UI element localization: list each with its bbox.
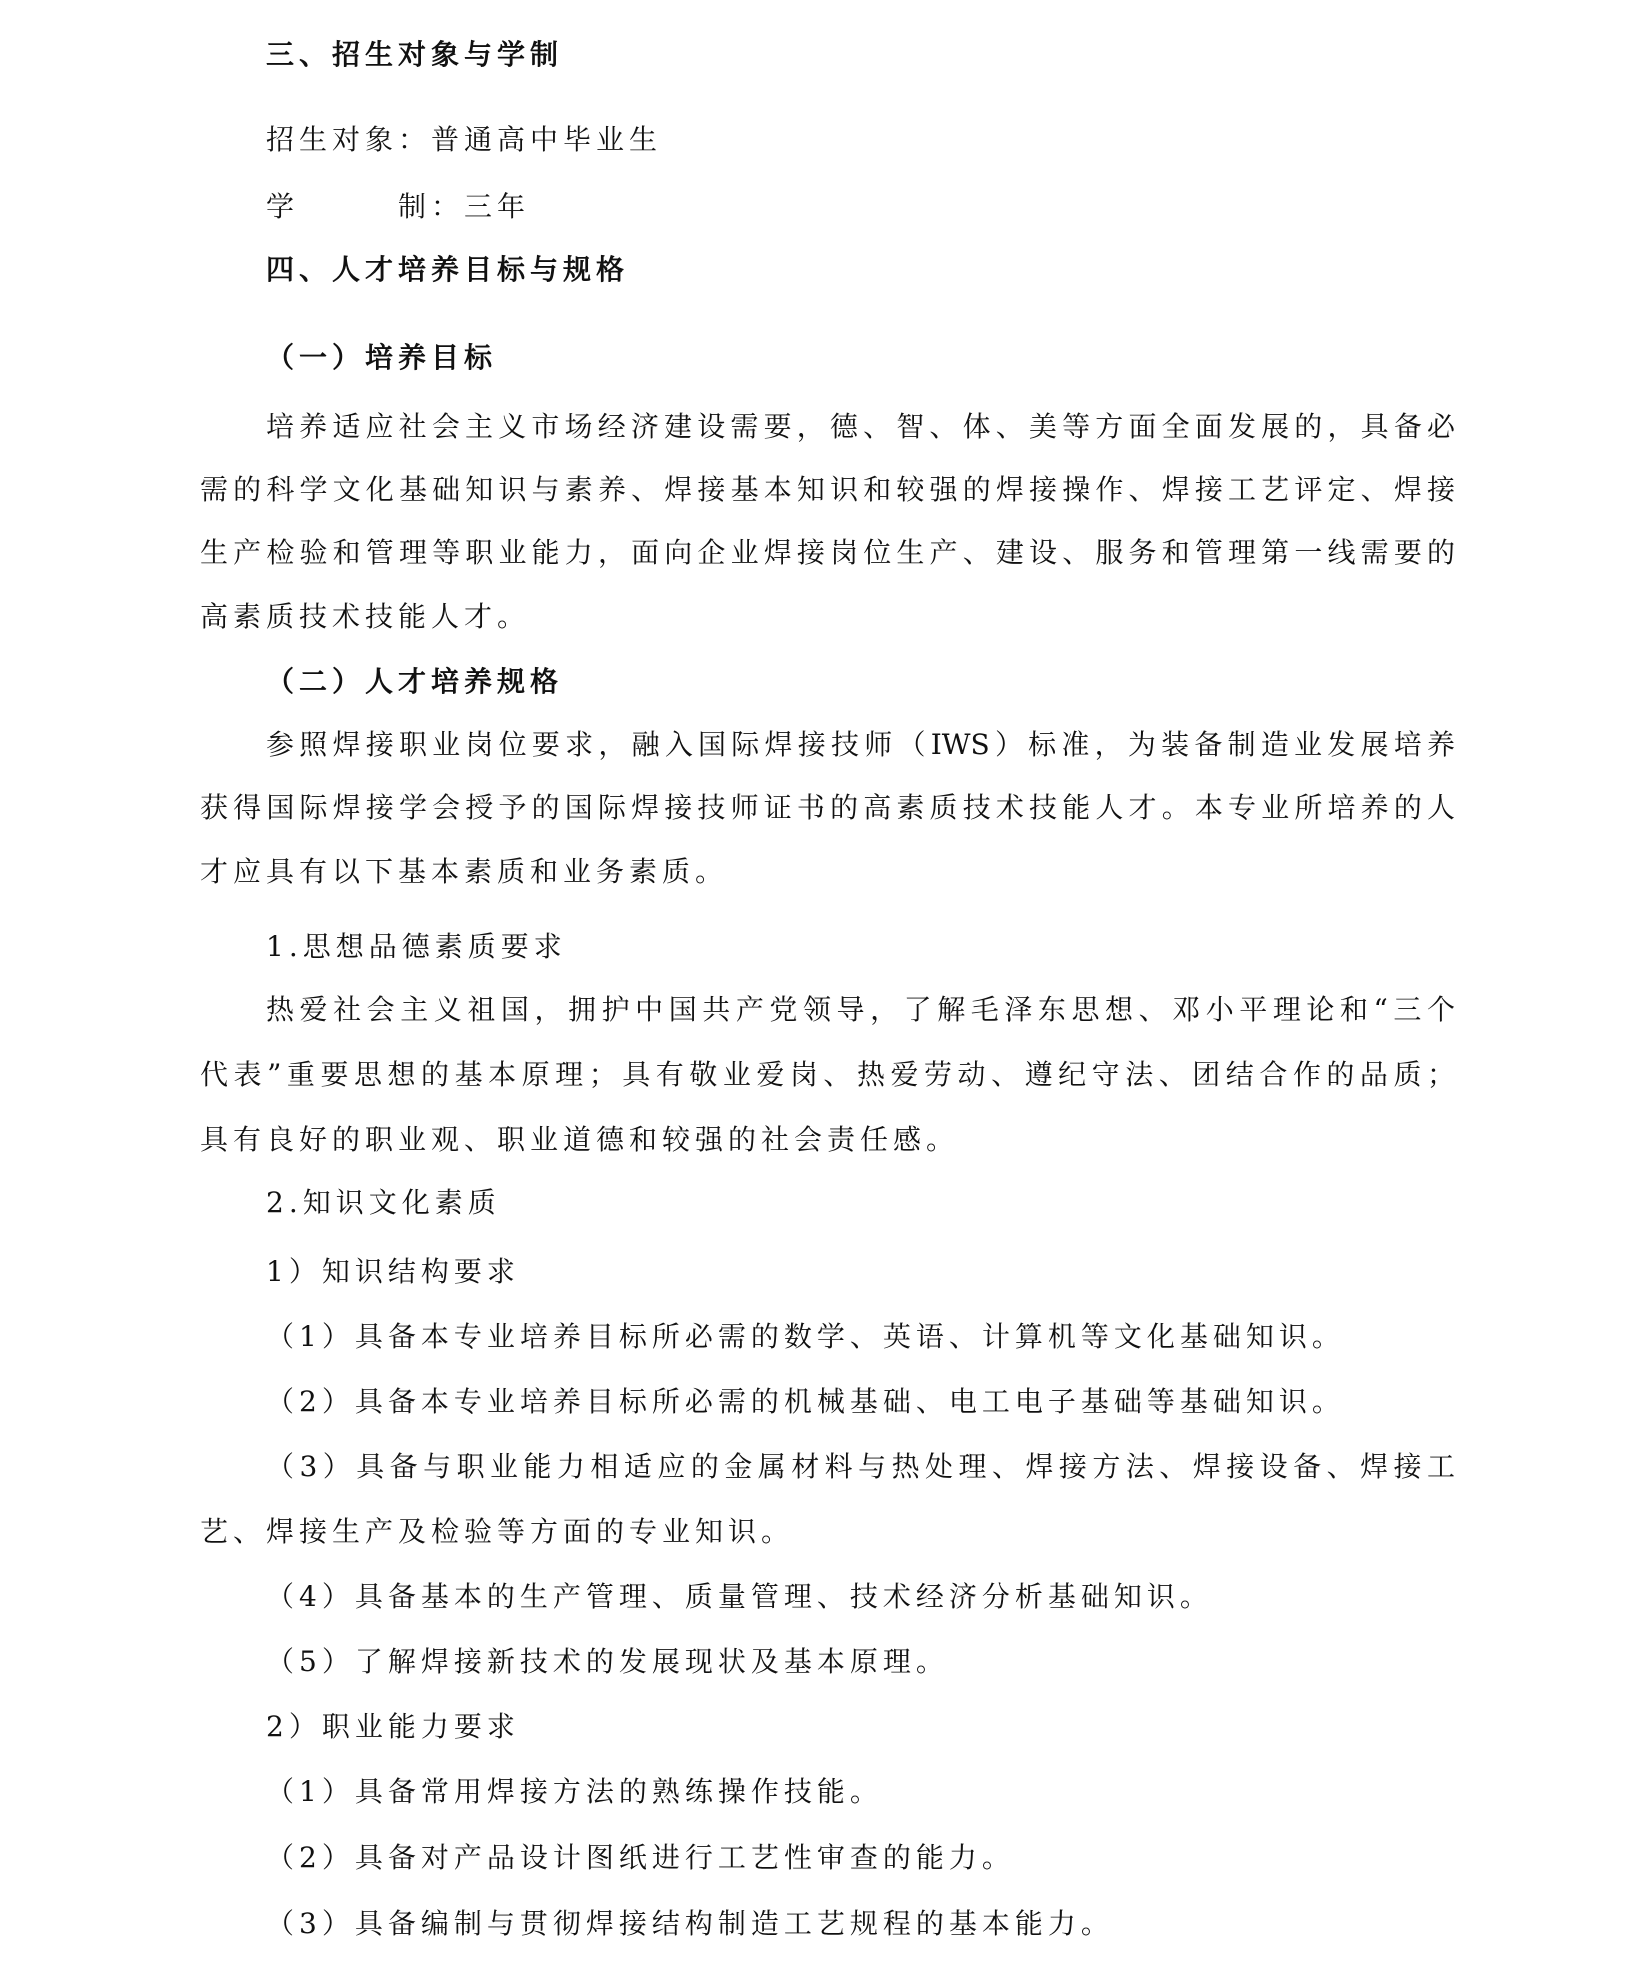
duration-line: 学制：三年: [266, 187, 530, 227]
paragraph-line: 获得国际焊接学会授予的国际焊接技师证书的高素质技术技能人才。本专业所培养的人: [200, 788, 1455, 828]
subitem-heading-knowledge-structure: 1）知识结构要求: [266, 1252, 520, 1292]
duration-label-a: 学: [266, 190, 299, 223]
duration-value: 三年: [464, 190, 530, 223]
list-item: （5）了解焊接新技术的发展现状及基本原理。: [266, 1642, 949, 1682]
list-item-continuation: 艺、焊接生产及检验等方面的专业知识。: [200, 1512, 794, 1552]
paragraph-line: 高素质技术技能人才。: [200, 597, 530, 637]
subitem-heading-ability: 2）职业能力要求: [266, 1707, 520, 1747]
list-item: （2）具备对产品设计图纸进行工艺性审查的能力。: [266, 1838, 1015, 1878]
paragraph-line: 培养适应社会主义市场经济建设需要，德、智、体、美等方面全面发展的，具备必: [266, 407, 1455, 447]
paragraph-line: 代表”重要思想的基本原理；具有敬业爱岗、热爱劳动、遵纪守法、团结合作的品质；: [200, 1055, 1455, 1095]
item-heading-moral: 1.思想品德素质要求: [266, 927, 567, 967]
paragraph-line: 参照焊接职业岗位要求，融入国际焊接技师（IWS）标准，为装备制造业发展培养: [266, 725, 1455, 765]
paragraph-line: 热爱社会主义祖国，拥护中国共产党领导，了解毛泽东思想、邓小平理论和“三个: [266, 990, 1455, 1030]
enrollment-target-line: 招生对象：普通高中毕业生: [266, 120, 662, 160]
paragraph-line: 才应具有以下基本素质和业务素质。: [200, 852, 728, 892]
list-item: （1）具备本专业培养目标所必需的数学、英语、计算机等文化基础知识。: [266, 1317, 1345, 1357]
item-heading-knowledge: 2.知识文化素质: [266, 1183, 501, 1223]
list-item: （3）具备编制与贯彻焊接结构制造工艺规程的基本能力。: [266, 1904, 1114, 1944]
list-item: （1）具备常用焊接方法的熟练操作技能。: [266, 1772, 883, 1812]
list-item: （3）具备与职业能力相适应的金属材料与热处理、焊接方法、焊接设备、焊接工: [266, 1447, 1455, 1487]
enrollment-value: 普通高中毕业生: [431, 123, 662, 156]
document-page: 三、招生对象与学制 招生对象：普通高中毕业生 学制：三年 四、人才培养目标与规格…: [0, 0, 1648, 1968]
duration-label-b: 制：: [398, 190, 464, 223]
list-item: （4）具备基本的生产管理、质量管理、技术经济分析基础知识。: [266, 1577, 1213, 1617]
section-heading-enrollment: 三、招生对象与学制: [266, 35, 563, 75]
list-item: （2）具备本专业培养目标所必需的机械基础、电工电子基础等基础知识。: [266, 1382, 1345, 1422]
paragraph-line: 需的科学文化基础知识与素养、焊接基本知识和较强的焊接操作、焊接工艺评定、焊接: [200, 470, 1455, 510]
subsection-heading-spec: （二）人才培养规格: [266, 662, 563, 702]
subsection-heading-goal: （一）培养目标: [266, 338, 497, 378]
paragraph-line: 具有良好的职业观、职业道德和较强的社会责任感。: [200, 1120, 959, 1160]
enrollment-label: 招生对象：: [266, 123, 431, 156]
section-heading-talent-goals: 四、人才培养目标与规格: [266, 250, 629, 290]
paragraph-line: 生产检验和管理等职业能力，面向企业焊接岗位生产、建设、服务和管理第一线需要的: [200, 533, 1455, 573]
